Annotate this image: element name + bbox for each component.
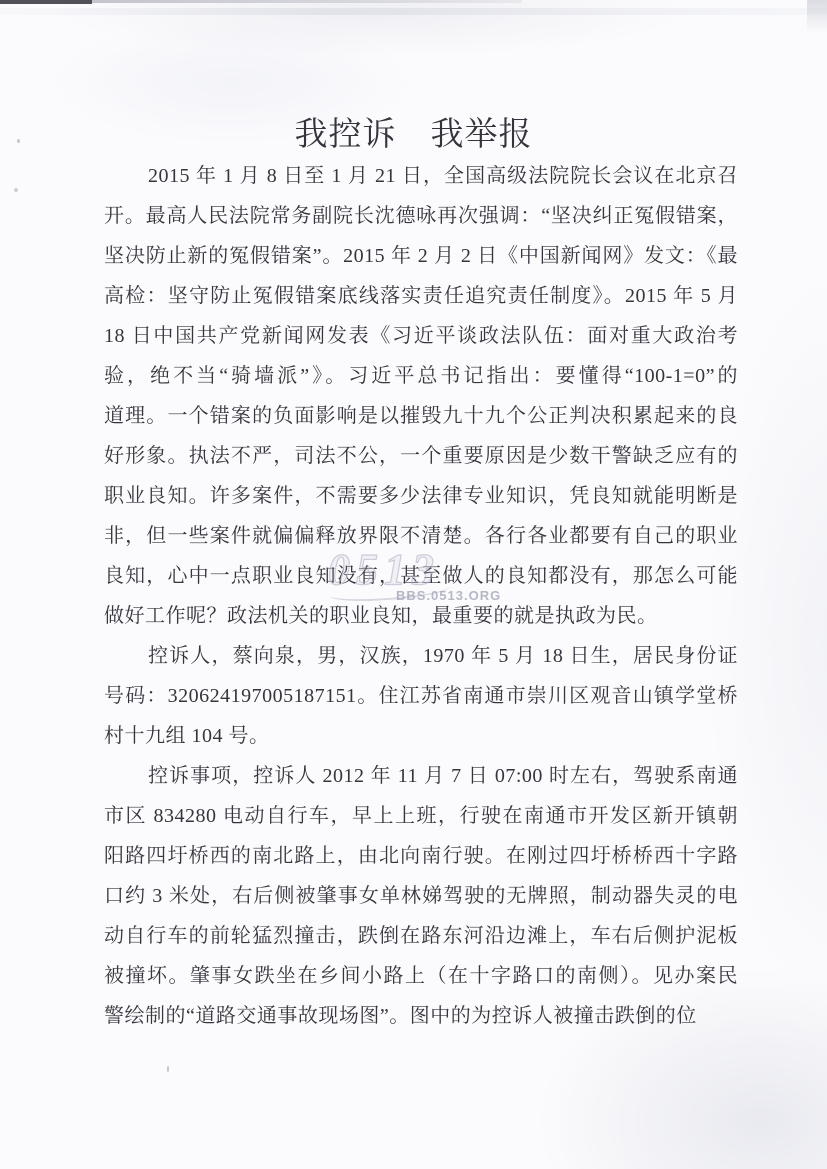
scan-artifact-speck	[167, 1066, 169, 1072]
text-line: 高检：坚守防止冤假错案底线落实责任追究责任制度》。2015 年 5 月	[104, 276, 738, 316]
text-line: 村十九组 104 号。	[104, 716, 738, 756]
text-line: 职业良知。许多案件，不需要多少法律专业知识，凭良知就能明断是	[104, 476, 738, 516]
text-line: 号码：320624197005187151。住江苏省南通市崇川区观音山镇学堂桥	[104, 676, 738, 716]
text-line: 口约 3 米处，右后侧被肇事女单林娣驾驶的无牌照，制动器失灵的电	[104, 876, 738, 916]
document-title: 我控诉 我举报	[0, 108, 827, 155]
text-line: 18 日中国共产党新闻网发表《习近平谈政法队伍：面对重大政治考	[104, 316, 738, 356]
text-line: 控诉事项，控诉人 2012 年 11 月 7 日 07:00 时左右，驾驶系南通	[104, 756, 738, 796]
text-line: 做好工作呢？政法机关的职业良知，最重要的就是执政为民。	[104, 596, 738, 636]
text-line: 阳路四圩桥西的南北路上，由北向南行驶。在刚过四圩桥桥西十字路	[104, 836, 738, 876]
scan-artifact-top-right-patch	[807, 0, 827, 34]
text-line: 验，绝不当“骑墙派”》。习近平总书记指出：要懂得“100-1=0”的	[104, 356, 738, 396]
text-line: 动自行车的前轮猛烈撞击，跌倒在路东河沿边滩上，车右后侧护泥板	[104, 916, 738, 956]
text-line: 警绘制的“道路交通事故现场图”。图中的为控诉人被撞击跌倒的位	[104, 996, 738, 1036]
scan-artifact-speck	[14, 188, 18, 192]
text-line: 好形象。执法不严，司法不公，一个重要原因是少数干警缺乏应有的	[104, 436, 738, 476]
text-line: 市区 834280 电动自行车，早上上班，行驶在南通市开发区新开镇朝	[104, 796, 738, 836]
document-body: 2015 年 1 月 8 日至 1 月 21 日，全国高级法院院长会议在北京召开…	[104, 156, 738, 1036]
text-line: 被撞坏。肇事女跌坐在乡间小路上（在十字路口的南侧）。见办案民	[104, 956, 738, 996]
scan-artifact-top-strip	[92, 0, 522, 3]
text-line: 良知，心中一点职业良知没有，甚至做人的良知都没有，那怎么可能	[104, 556, 738, 596]
text-line: 道理。一个错案的负面影响是以摧毁九十九个公正判决积累起来的良	[104, 396, 738, 436]
scanned-document-page: 我控诉 我举报 2015 年 1 月 8 日至 1 月 21 日，全国高级法院院…	[0, 0, 827, 1169]
text-line: 2015 年 1 月 8 日至 1 月 21 日，全国高级法院院长会议在北京召	[104, 156, 738, 196]
text-line: 坚决防止新的冤假错案”。2015 年 2 月 2 日《中国新闻网》发文：《最	[104, 236, 738, 276]
scan-artifact-band	[0, 8, 827, 15]
text-line: 开。最高人民法院常务副院长沈德咏再次强调：“坚决纠正冤假错案，	[104, 196, 738, 236]
text-line: 非，但一些案件就偏偏释放界限不清楚。各行各业都要有自己的职业	[104, 516, 738, 556]
scan-artifact-top-left-strip	[0, 0, 92, 4]
text-line: 控诉人，蔡向泉，男，汉族，1970 年 5 月 18 日生，居民身份证	[104, 636, 738, 676]
